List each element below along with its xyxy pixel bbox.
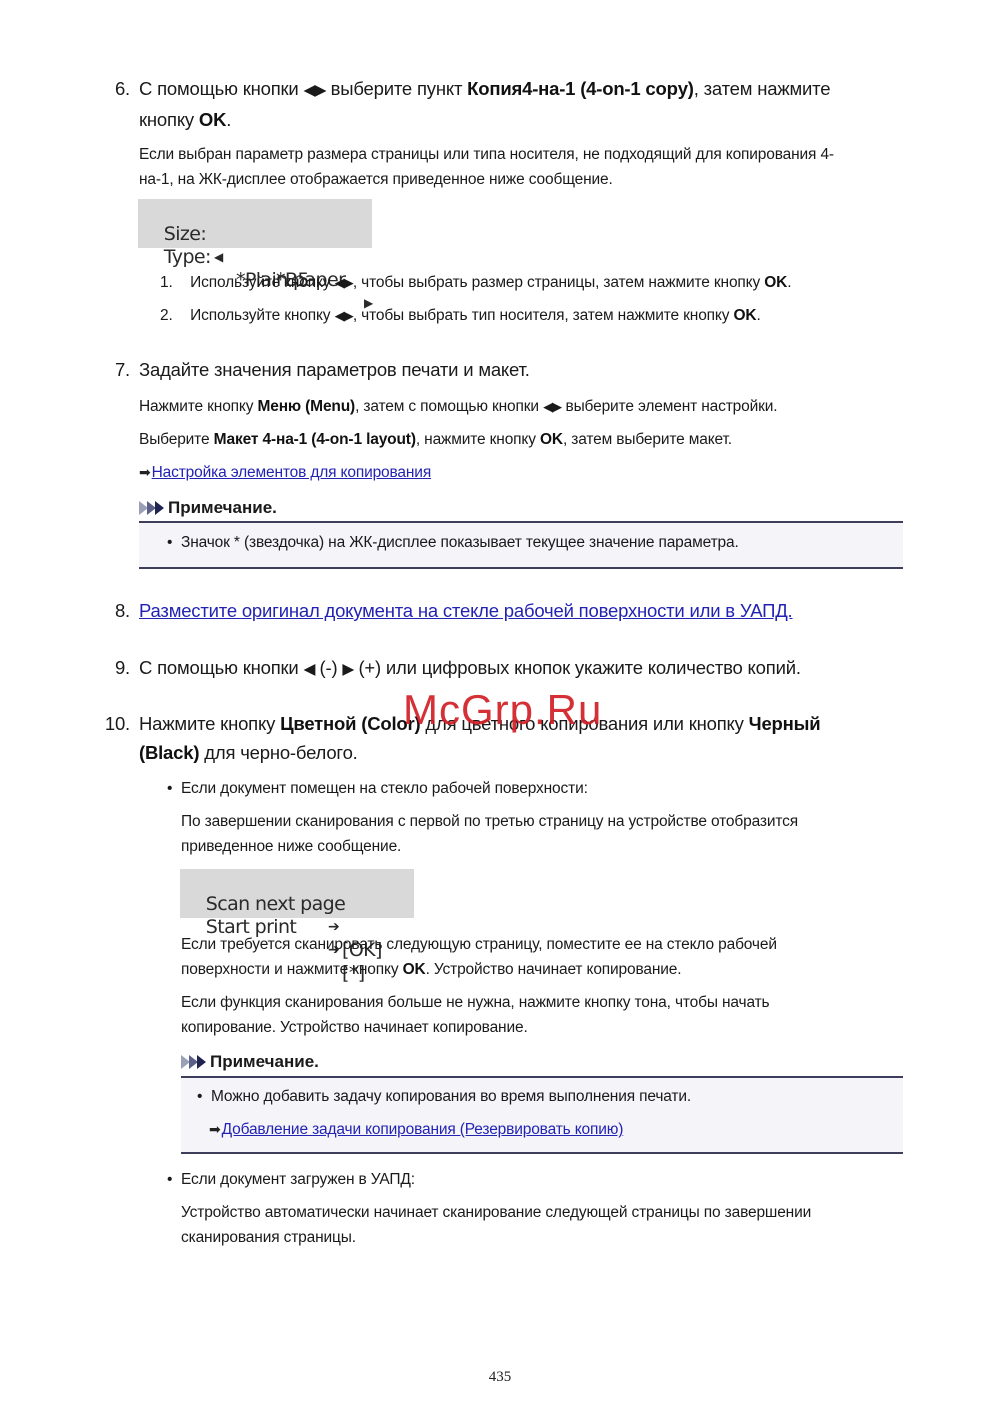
minus-label: (-)	[320, 657, 338, 678]
step-number: 6.	[100, 74, 130, 103]
black-button-name: Черный	[749, 713, 821, 734]
body-text: , затем с помощью кнопки	[355, 398, 539, 415]
paragraph-line: По завершении сканирования с первой по т…	[181, 809, 911, 834]
bullet-adf: Если документ загружен в УАПД:	[181, 1167, 911, 1200]
note-box: Можно добавить задачу копирования во вре…	[181, 1076, 903, 1154]
paragraph-line: Устройство автоматически начинает сканир…	[181, 1200, 911, 1225]
lcd-row-type: Type: *Plain paper	[142, 223, 368, 246]
step-text: Нажмите кнопку	[139, 713, 275, 734]
body-text: Выберите	[139, 431, 209, 448]
place-original-link[interactable]: Разместите оригинал документа на стекле …	[139, 600, 793, 621]
reserve-copy-link[interactable]: Добавление задачи копирования (Резервиро…	[222, 1121, 624, 1138]
layout-item-name: Макет 4-на-1 (4-on-1 layout)	[214, 431, 416, 448]
step-7-body: Нажмите кнопку Меню (Menu), затем с помо…	[139, 394, 919, 490]
step-number: 7.	[100, 355, 130, 384]
note-chevrons-icon	[181, 1055, 204, 1069]
note-heading: Примечание.	[139, 495, 903, 521]
menu-item-name: Копия4-на-1 (4-on-1 copy)	[467, 78, 694, 99]
body-text: , затем выберите макет.	[563, 431, 732, 448]
note-2: Примечание. Можно добавить задачу копиро…	[181, 1048, 903, 1154]
note-chevrons-icon	[139, 501, 162, 515]
substep-text: Используйте кнопку	[190, 274, 330, 291]
note-bullet: Можно добавить задачу копирования во вре…	[211, 1084, 691, 1109]
step-8: 8. Разместите оригинал документа на стек…	[100, 596, 920, 625]
substep-list: 1. Используйте кнопку ◀▶, чтобы выбрать …	[160, 270, 900, 336]
lcd-row-scan-next: Scan next page ➔ [OK]	[184, 870, 410, 893]
lcd-display-size-type: Size: ◀ *B5 ▶ Type: *Plain paper	[138, 199, 372, 248]
left-arrow-icon: ◀	[304, 655, 315, 684]
step-title: Задайте значения параметров печати и мак…	[139, 355, 920, 384]
note-bullet: Значок * (звездочка) на ЖК-дисплее показ…	[181, 530, 739, 555]
step-number: 8.	[100, 596, 130, 625]
right-arrow-icon: ▶	[342, 655, 353, 684]
ok-button-name: OK	[403, 961, 426, 978]
paragraph-line: Если требуется сканировать следующую стр…	[181, 932, 911, 957]
note-heading: Примечание.	[181, 1048, 903, 1076]
note-title: Примечание.	[210, 1052, 319, 1072]
watermark: McGrp.Ru	[403, 686, 602, 734]
substep-number: 2.	[160, 303, 186, 328]
page-number: 435	[0, 1369, 1000, 1386]
body-text: поверхности и нажмите кнопку	[181, 961, 398, 978]
paragraph-line: сканирования страницы.	[181, 1225, 911, 1250]
step-9: 9. С помощью кнопки ◀ (-) ▶ (+) или цифр…	[100, 653, 920, 684]
copy-settings-link[interactable]: Настройка элементов для копирования	[152, 464, 431, 481]
step-number: 9.	[100, 653, 130, 682]
left-right-arrows-icon: ◀▶	[335, 303, 353, 328]
left-right-arrows-icon: ◀▶	[335, 270, 353, 295]
step-text: С помощью кнопки	[139, 78, 299, 99]
step-10-adf: Если документ загружен в УАПД: Устройств…	[181, 1167, 911, 1250]
paragraph-line: Если выбран параметр размера страницы ил…	[139, 142, 919, 167]
copy-settings-link-row: ➡Настройка элементов для копирования	[139, 460, 919, 490]
paragraph-line: приведенное ниже сообщение.	[181, 834, 911, 859]
color-button-name: Цветной (Color)	[280, 713, 420, 734]
substep-text: , чтобы выбрать тип носителя, затем нажм…	[353, 307, 730, 324]
paragraph-line: копирование. Устройство начинает копиров…	[181, 1015, 911, 1040]
step-text: С помощью кнопки	[139, 657, 299, 678]
bullet-platen: Если документ помещен на стекло рабочей …	[181, 776, 911, 809]
arrow-right-icon: ➡	[209, 1121, 221, 1137]
reserve-copy-link-row: ➡Добавление задачи копирования (Резервир…	[209, 1117, 623, 1142]
body-text: выберите элемент настройки.	[565, 398, 777, 415]
step-10-body: Если документ помещен на стекло рабочей …	[181, 776, 911, 859]
ok-button-name: OK	[764, 274, 787, 291]
step-10-paragraphs: Если требуется сканировать следующую стр…	[181, 932, 911, 1040]
body-text: Нажмите кнопку	[139, 398, 253, 415]
step-text: для черно-белого.	[204, 742, 357, 763]
substep-1: 1. Используйте кнопку ◀▶, чтобы выбрать …	[160, 270, 900, 303]
arrow-right-icon: ➡	[139, 464, 151, 480]
lcd-row-size: Size: ◀ *B5 ▶	[142, 200, 368, 223]
substep-text: Используйте кнопку	[190, 307, 330, 324]
substep-text: , чтобы выбрать размер страницы, затем н…	[353, 274, 760, 291]
substep-text: .	[756, 307, 760, 324]
left-right-arrows-icon: ◀▶	[543, 394, 561, 419]
plus-label: (+)	[358, 657, 381, 678]
black-button-name: (Black)	[139, 742, 199, 763]
paragraph-line: Если функция сканирования больше не нужн…	[181, 990, 911, 1015]
lcd-label: Type:	[164, 246, 211, 268]
ok-button-name: OK	[199, 109, 226, 130]
substep-number: 1.	[160, 270, 186, 295]
lcd-display-scan-next: Scan next page ➔ [OK] Start print ➔ [*]	[180, 869, 414, 918]
body-text: . Устройство начинает копирование.	[426, 961, 682, 978]
ok-button-name: OK	[734, 307, 757, 324]
substep-2: 2. Используйте кнопку ◀▶, чтобы выбрать …	[160, 303, 900, 336]
note-1: Примечание. Значок * (звездочка) на ЖК-д…	[139, 495, 903, 569]
lcd-row-start-print: Start print ➔ [*]	[184, 893, 410, 916]
left-arrow-icon: ◀	[214, 246, 223, 269]
ok-button-name: OK	[540, 431, 563, 448]
step-7-line-2: Выберите Макет 4-на-1 (4-on-1 layout), н…	[139, 427, 919, 460]
step-text: выберите пункт	[331, 78, 463, 99]
body-text: , нажмите кнопку	[416, 431, 536, 448]
paragraph-line: на-1, на ЖК-дисплее отображается приведе…	[139, 167, 919, 192]
step-6-paragraph: Если выбран параметр размера страницы ил…	[139, 142, 919, 192]
substep-text: .	[787, 274, 791, 291]
step-text: , затем нажмите	[694, 78, 831, 99]
step-text: кнопку	[139, 109, 194, 130]
step-text: или цифровых кнопок укажите количество к…	[386, 657, 801, 678]
left-right-arrows-icon: ◀▶	[304, 76, 326, 105]
step-6: 6. С помощью кнопки ◀▶ выберите пункт Ко…	[100, 74, 920, 134]
step-number: 10.	[100, 709, 130, 738]
note-title: Примечание.	[168, 498, 277, 518]
step-7-line-1: Нажмите кнопку Меню (Menu), затем с помо…	[139, 394, 919, 427]
paragraph-line: поверхности и нажмите кнопку OK. Устройс…	[181, 957, 911, 990]
step-7: 7. Задайте значения параметров печати и …	[100, 355, 920, 384]
step-text: .	[226, 109, 231, 130]
menu-button-name: Меню (Menu)	[257, 398, 355, 415]
note-box: Значок * (звездочка) на ЖК-дисплее показ…	[139, 521, 903, 569]
